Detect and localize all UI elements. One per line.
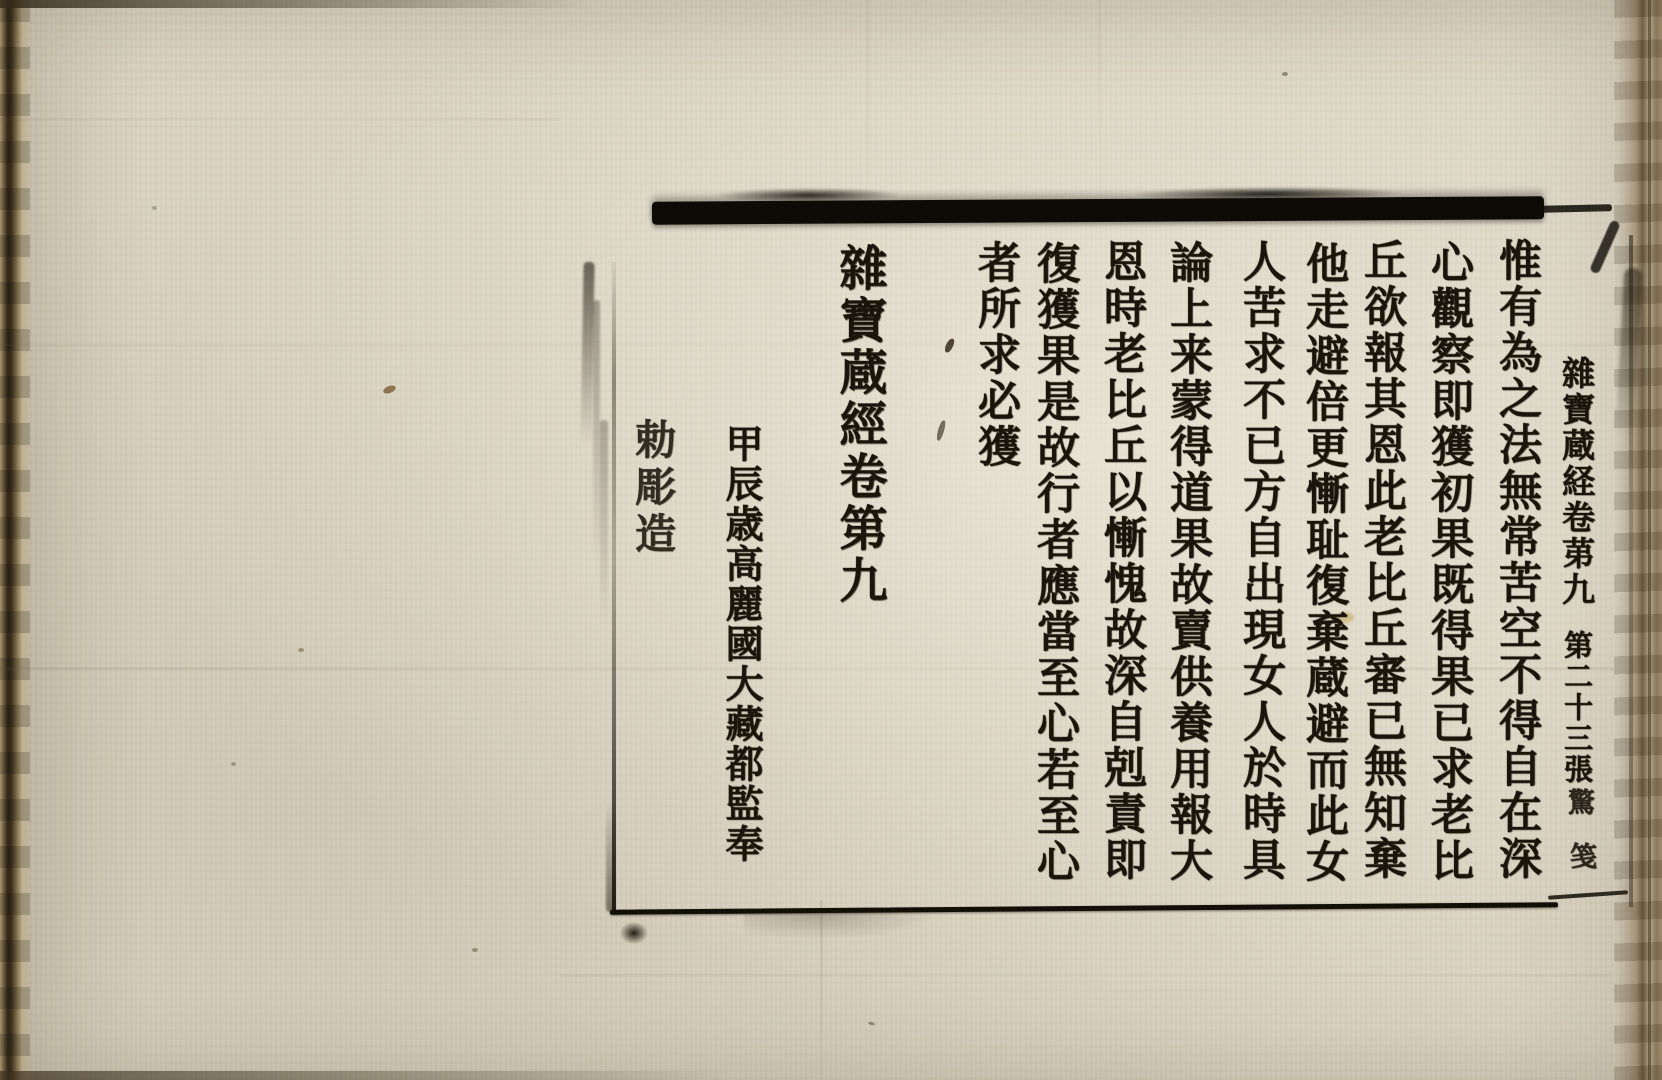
book-gutter-edge	[0, 0, 30, 1080]
sheet-top-edge	[0, 0, 620, 8]
frame-bottom-smudge	[744, 911, 934, 939]
colophon-edict-line: 勅彫造	[626, 418, 678, 559]
sutra-text-column-3: 丘欲報其恩此老比丘審已無知棄	[1353, 238, 1411, 882]
ink-tick	[936, 420, 947, 442]
margin-sheet-number: 第二十三張	[1556, 630, 1598, 785]
horizontal-crease	[560, 974, 1610, 977]
sutra-text-column-4: 他走避倍更慚耻復棄蔵避而此女	[1295, 241, 1353, 885]
sutra-text-column-2: 心觀察即獲初果既得果已求老比	[1420, 240, 1478, 884]
paper-fleck	[868, 1021, 876, 1026]
ink-blot	[620, 922, 648, 944]
sheet-bottom-edge	[0, 1071, 760, 1080]
paper-fleck	[231, 762, 236, 766]
ink-streak	[600, 420, 608, 625]
ink-streak	[606, 800, 615, 912]
paper-fleck	[382, 384, 397, 395]
end-title-column: 雜寶蔵經卷第九	[827, 243, 891, 607]
colophon-date-line: 甲辰歳高麗國大藏都監奉	[711, 424, 771, 864]
page-edge-line	[1648, 0, 1651, 1080]
margin-case-mark: 驚	[1558, 788, 1598, 815]
vertical-crease	[1098, 0, 1101, 190]
sutra-text-column-6: 論上来蒙得道果故賣供養用報大	[1159, 240, 1217, 884]
margin-title: 雜寶蔵経卷苐九	[1554, 356, 1598, 608]
frame-top-border-extension	[1540, 204, 1612, 213]
sutra-text-column-7: 恩時老比丘以慚愧故深自剋責即	[1093, 239, 1151, 883]
paper-fleck	[298, 648, 304, 652]
sutra-text-column-8: 復獲果是故行者應當至心若至心	[1026, 241, 1084, 885]
horizontal-crease	[0, 118, 560, 121]
page-right-edge	[1614, 0, 1662, 1080]
frame-top-border	[652, 196, 1544, 224]
paper-fleck	[472, 948, 478, 952]
vertical-crease	[866, 0, 869, 205]
frame-right-border	[1629, 235, 1633, 907]
paper-fleck	[1282, 72, 1288, 76]
margin-small-mark: 笺	[1560, 842, 1600, 869]
ink-streak	[593, 300, 600, 565]
sutra-text-column-1: 惟有為之法無常苦空不得自在深	[1488, 238, 1546, 882]
sutra-text-column-9: 者所求必獲	[967, 240, 1025, 470]
sutra-text-column-5: 人苦求不已方自出現女人於時具	[1232, 239, 1290, 883]
paper-fleck	[152, 206, 157, 210]
manuscript-page: 惟有為之法無常苦空不得自在深 心觀察即獲初果既得果已求老比 丘欲報其恩此老比丘審…	[0, 0, 1662, 1080]
